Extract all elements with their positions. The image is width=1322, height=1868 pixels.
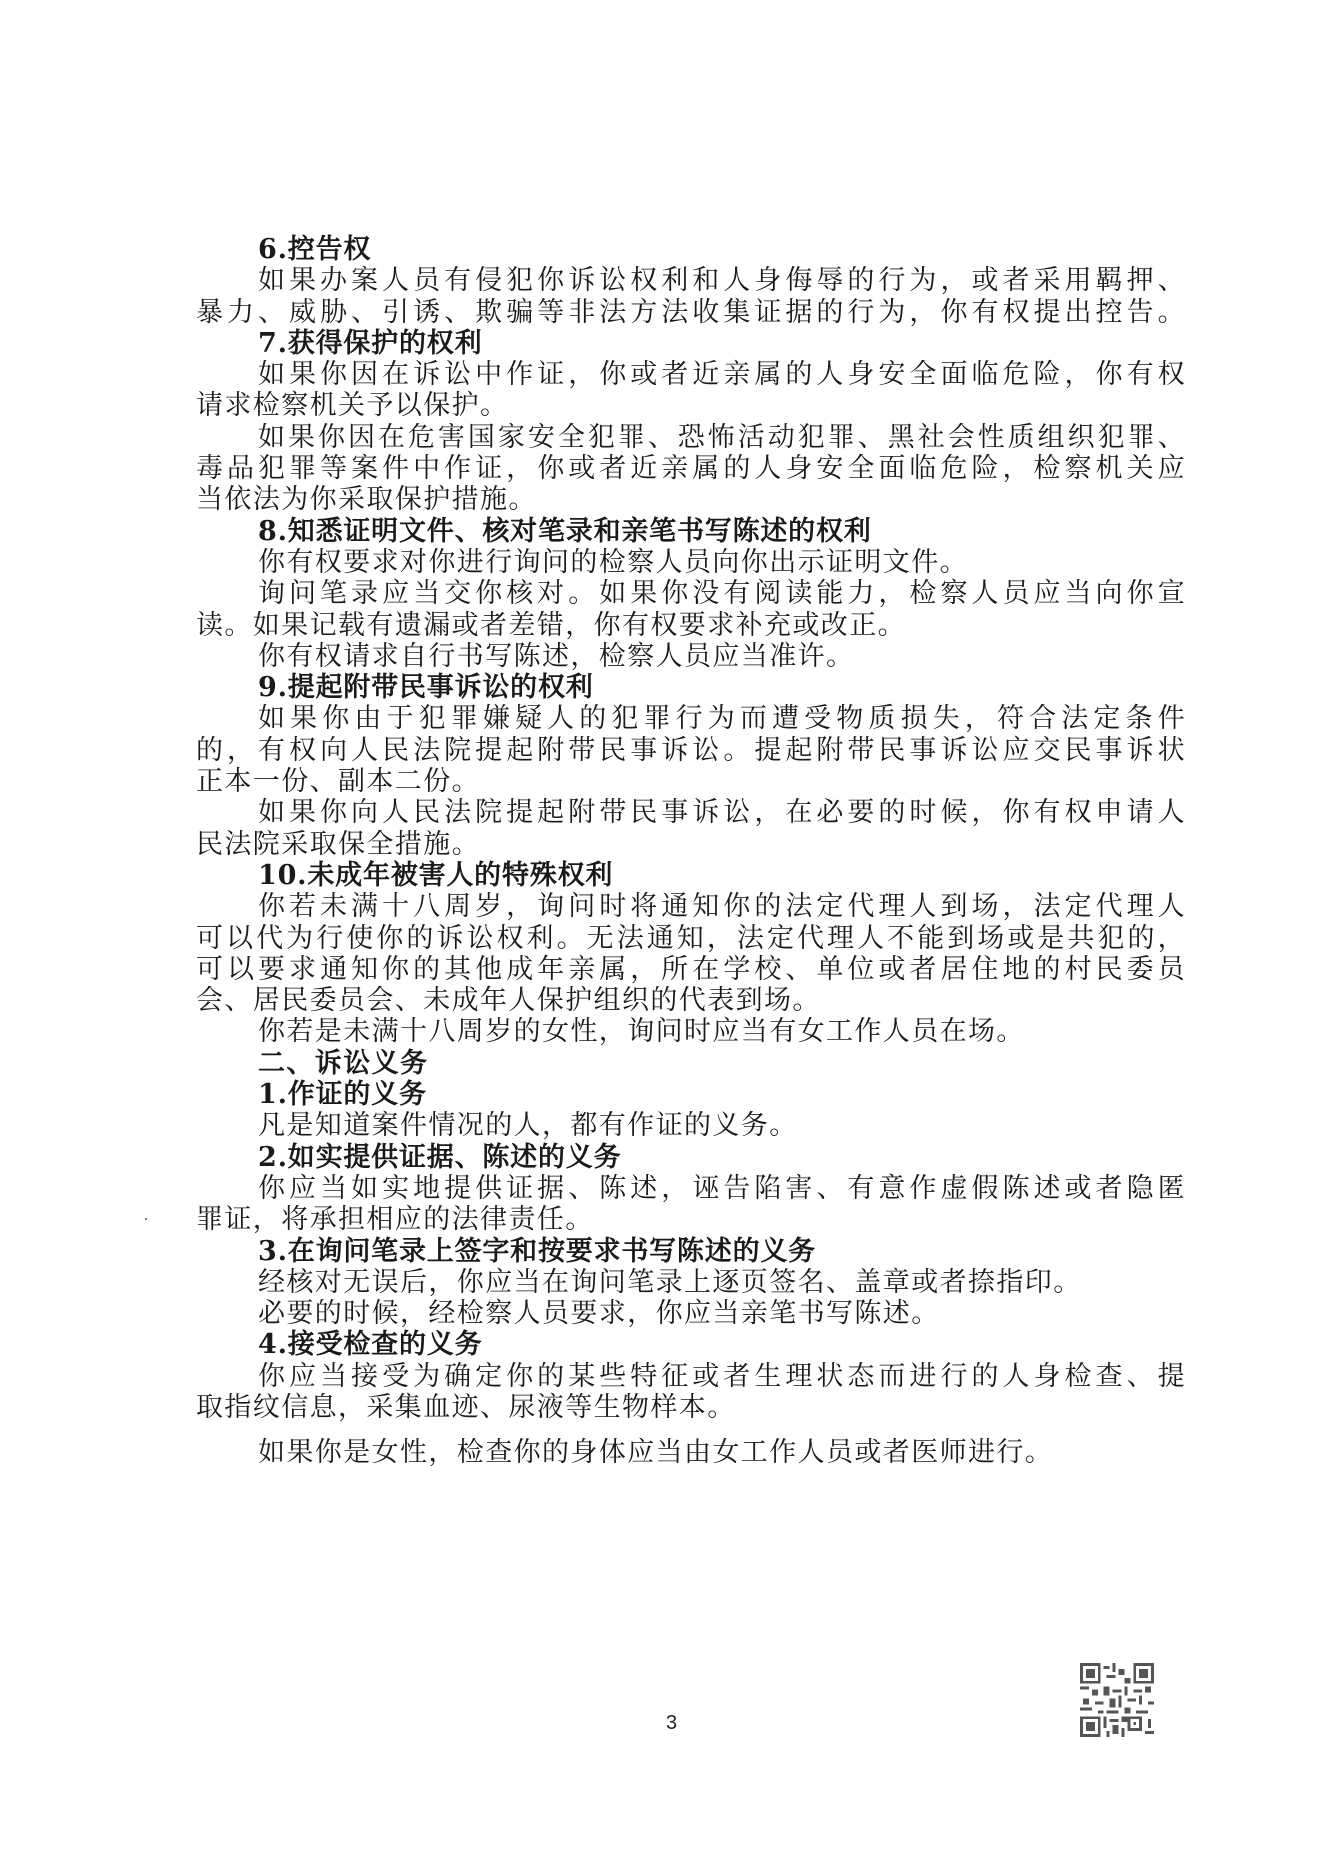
subsection-heading: 3.在询问笔录上签字和按要求书写陈述的义务 — [196, 1236, 1186, 1267]
text-line: 你应当接受为确定你的某些特征或者生理状态而进行的人身检查、提 — [196, 1361, 1186, 1392]
subsection-heading: 1.作证的义务 — [196, 1079, 1186, 1110]
text-line: 的，有权向人民法院提起附带民事诉讼。提起附带民事诉讼应交民事诉状 — [196, 735, 1186, 766]
text-line: 如果你因在危害国家安全犯罪、恐怖活动犯罪、黑社会性质组织犯罪、 — [196, 422, 1186, 453]
text-line: 当依法为你采取保护措施。 — [196, 484, 1186, 515]
text-line: 凡是知道案件情况的人，都有作证的义务。 — [196, 1110, 1186, 1141]
text-line: 你若是未满十八周岁的女性，询问时应当有女工作人员在场。 — [196, 1016, 1186, 1047]
text-line: 如果你由于犯罪嫌疑人的犯罪行为而遭受物质损失，符合法定条件 — [196, 703, 1186, 734]
text-line: 你有权请求自行书写陈述，检察人员应当准许。 — [196, 641, 1186, 672]
scan-speck — [145, 1218, 147, 1220]
text-line: 毒品犯罪等案件中作证，你或者近亲属的人身安全面临危险，检察机关应 — [196, 453, 1186, 484]
subsection-heading: 9.提起附带民事诉讼的权利 — [196, 672, 1186, 703]
text-line: 罪证，将承担相应的法律责任。 — [196, 1204, 1186, 1235]
text-line: 可以要求通知你的其他成年亲属，所在学校、单位或者居住地的村民委员 — [196, 954, 1186, 985]
text-line: 正本一份、副本二份。 — [196, 766, 1186, 797]
text-line: 经核对无误后，你应当在询问笔录上逐页签名、盖章或者捺指印。 — [196, 1267, 1186, 1298]
subsection-heading: 8.知悉证明文件、核对笔录和亲笔书写陈述的权利 — [196, 516, 1186, 547]
section-heading: 二、诉讼义务 — [196, 1048, 1186, 1079]
text-line: 取指纹信息，采集血迹、尿液等生物样本。 — [196, 1392, 1186, 1423]
document-page: 6.控告权如果办案人员有侵犯你诉讼权利和人身侮辱的行为，或者采用羁押、暴力、威胁… — [0, 0, 1322, 1868]
text-line: 你有权要求对你进行询问的检察人员向你出示证明文件。 — [196, 547, 1186, 578]
text-line: 会、居民委员会、未成年人保护组织的代表到场。 — [196, 985, 1186, 1016]
paragraph-gap — [196, 1423, 1186, 1437]
document-body: 6.控告权如果办案人员有侵犯你诉讼权利和人身侮辱的行为，或者采用羁押、暴力、威胁… — [196, 234, 1186, 1469]
text-line: 必要的时候，经检察人员要求，你应当亲笔书写陈述。 — [196, 1298, 1186, 1329]
subsection-heading: 10.未成年被害人的特殊权利 — [196, 860, 1186, 891]
subsection-heading: 6.控告权 — [196, 234, 1186, 265]
qr-code-icon — [1080, 1662, 1154, 1738]
text-line: 你应当如实地提供证据、陈述，诬告陷害、有意作虚假陈述或者隐匿 — [196, 1173, 1186, 1204]
text-line: 民法院采取保全措施。 — [196, 829, 1186, 860]
text-line: 如果你是女性，检查你的身体应当由女工作人员或者医师进行。 — [196, 1437, 1186, 1468]
text-line: 暴力、威胁、引诱、欺骗等非法方法收集证据的行为，你有权提出控告。 — [196, 297, 1186, 328]
text-line: 读。如果记载有遗漏或者差错，你有权要求补充或改正。 — [196, 610, 1186, 641]
subsection-heading: 2.如实提供证据、陈述的义务 — [196, 1142, 1186, 1173]
text-line: 询问笔录应当交你核对。如果你没有阅读能力，检察人员应当向你宣 — [196, 578, 1186, 609]
text-line: 可以代为行使你的诉讼权利。无法通知，法定代理人不能到场或是共犯的， — [196, 923, 1186, 954]
text-line: 如果办案人员有侵犯你诉讼权利和人身侮辱的行为，或者采用羁押、 — [196, 265, 1186, 296]
text-line: 请求检察机关予以保护。 — [196, 390, 1186, 421]
text-line: 如果你因在诉讼中作证，你或者近亲属的人身安全面临危险，你有权 — [196, 359, 1186, 390]
subsection-heading: 7.获得保护的权利 — [196, 328, 1186, 359]
text-line: 你若未满十八周岁，询问时将通知你的法定代理人到场，法定代理人 — [196, 891, 1186, 922]
page-number: 3 — [666, 1712, 677, 1735]
text-line: 如果你向人民法院提起附带民事诉讼，在必要的时候，你有权申请人 — [196, 797, 1186, 828]
subsection-heading: 4.接受检查的义务 — [196, 1329, 1186, 1360]
